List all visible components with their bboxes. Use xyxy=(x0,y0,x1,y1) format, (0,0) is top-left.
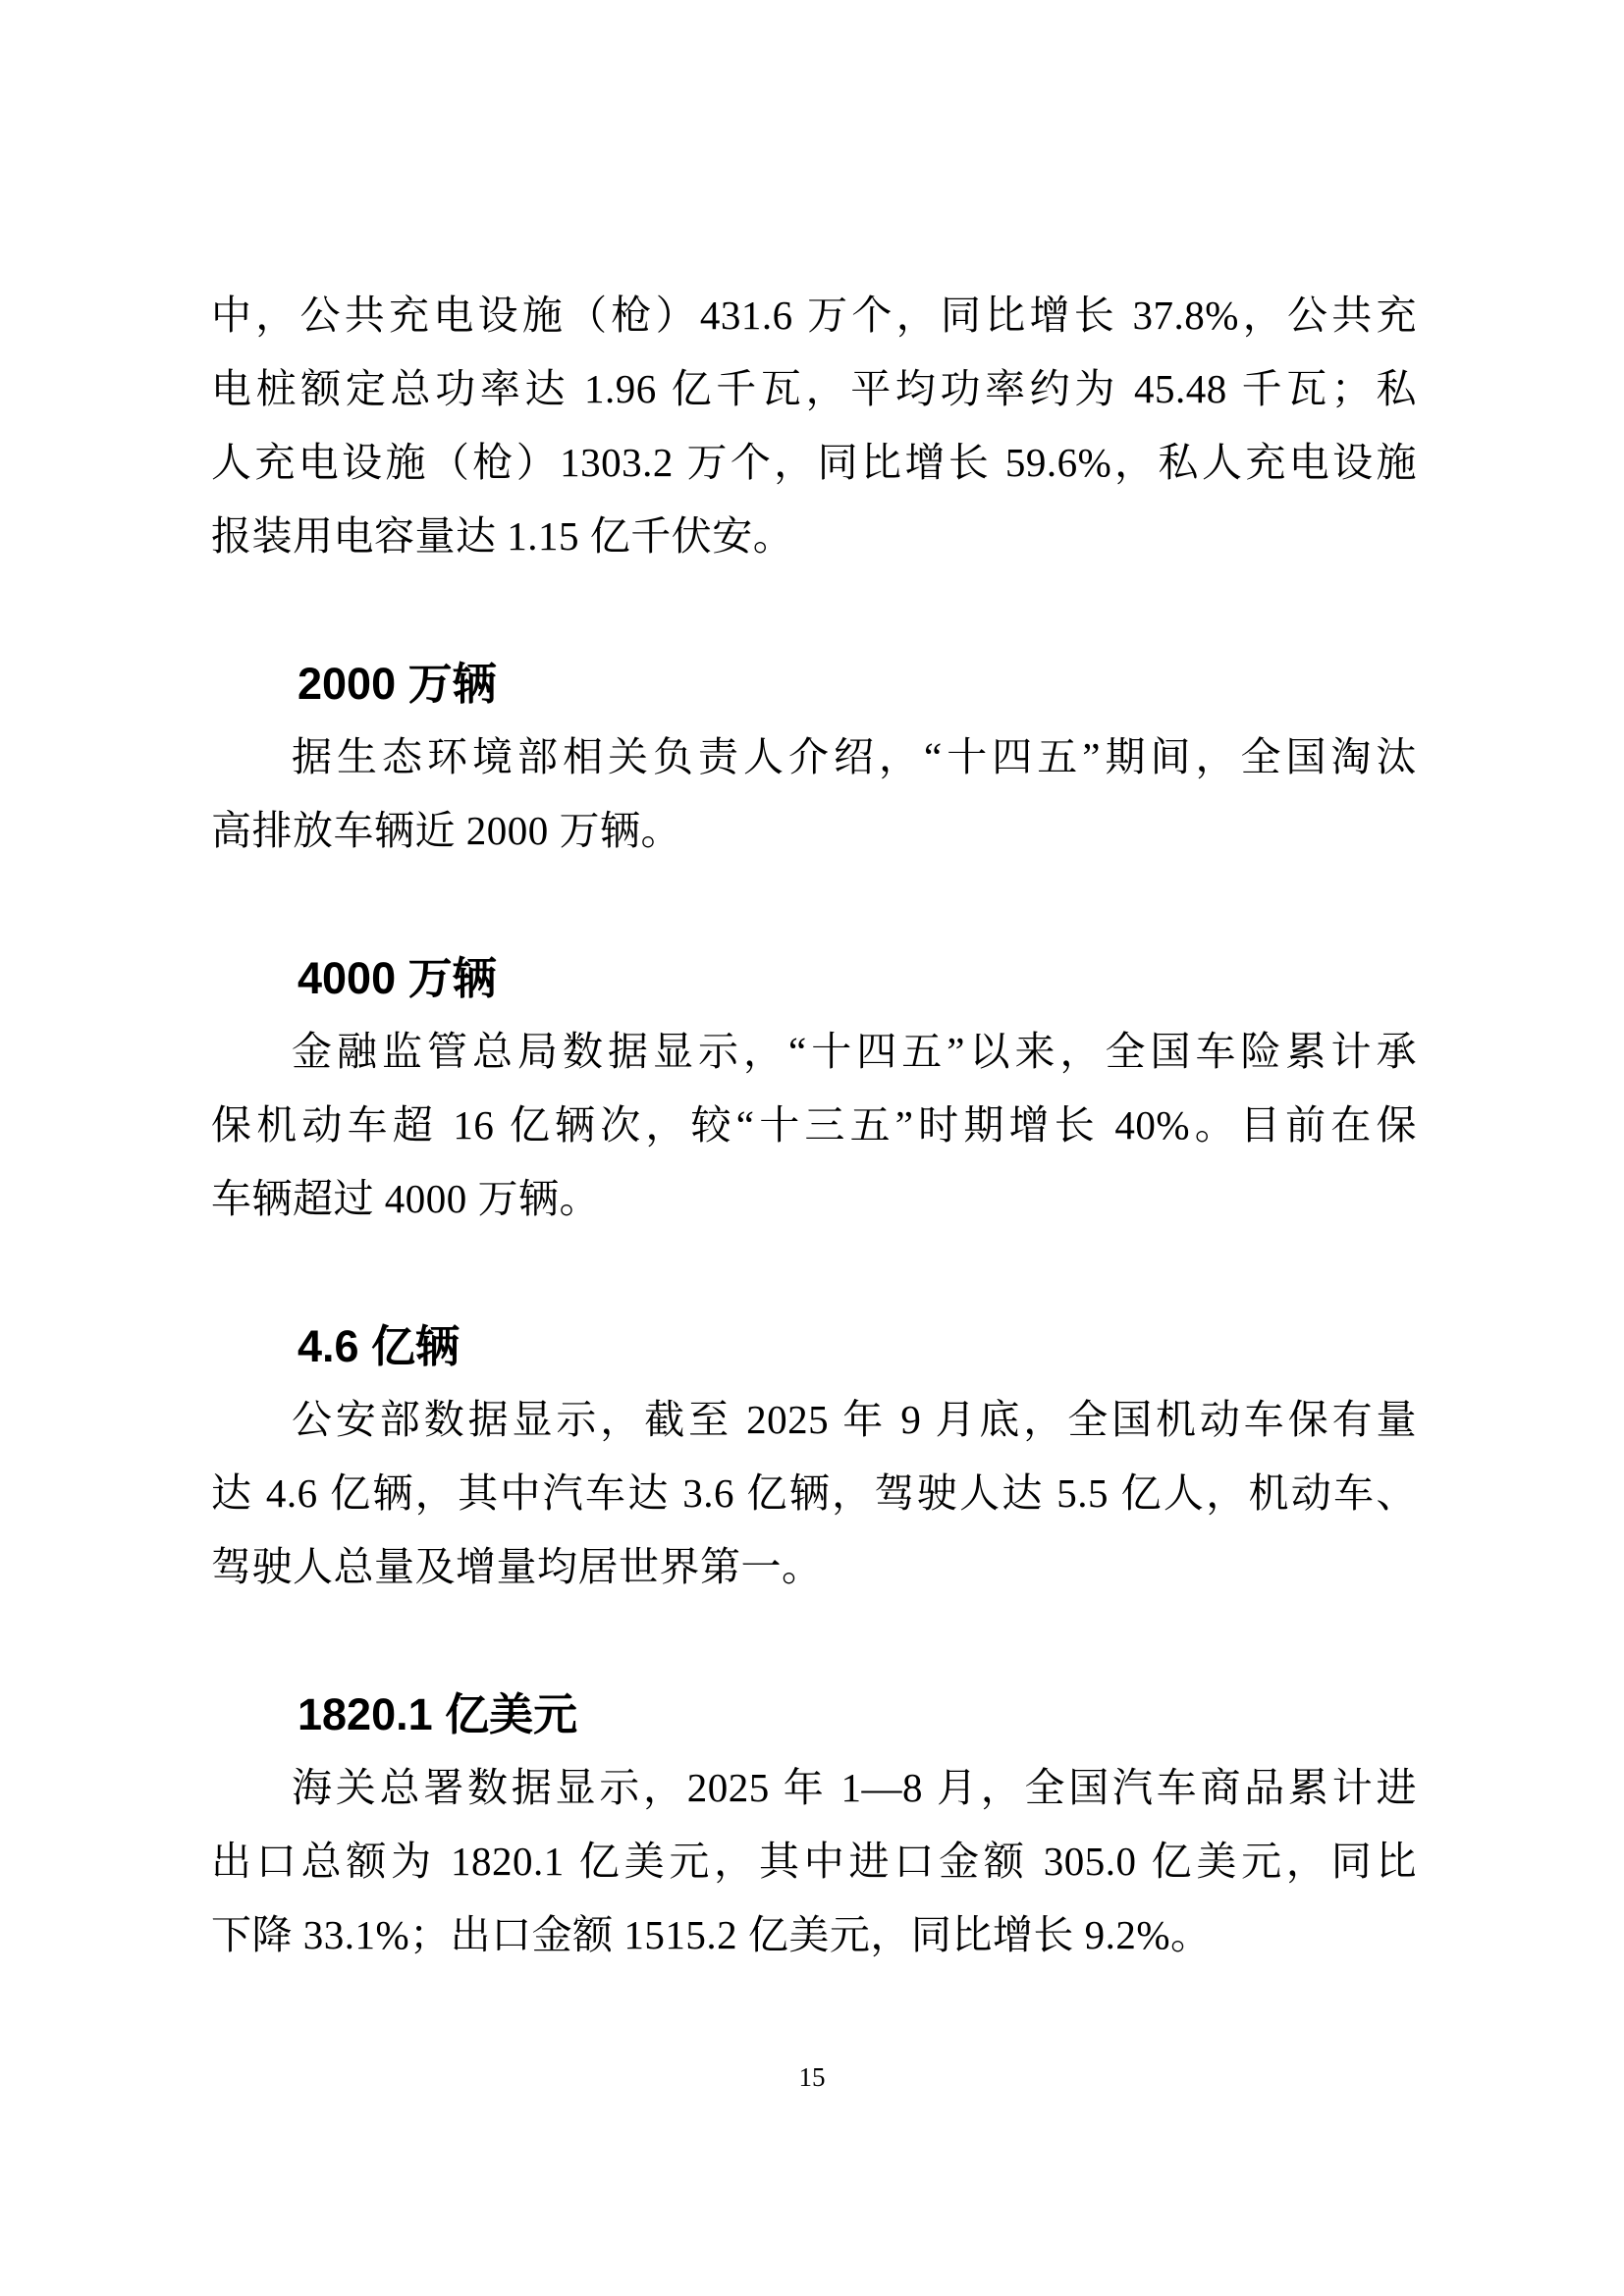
paragraph-line: 报装用电容量达 1.15 亿千伏安。 xyxy=(211,500,1417,573)
page-number: 15 xyxy=(0,2059,1624,2095)
paragraph-line: 据生态环境部相关负责人介绍，“十四五”期间，全国淘汰 xyxy=(211,721,1417,794)
paragraph-line: 中，公共充电设施（枪）431.6 万个，同比增长 37.8%，公共充 xyxy=(211,279,1417,352)
paragraph-line: 保机动车超 16 亿辆次，较“十三五”时期增长 40%。目前在保 xyxy=(211,1089,1417,1162)
stat-heading: 4.6 亿辆 xyxy=(211,1309,1417,1383)
paragraph-line: 车辆超过 4000 万辆。 xyxy=(211,1162,1417,1236)
stat-heading: 1820.1 亿美元 xyxy=(211,1678,1417,1751)
paragraph: 中，公共充电设施（枪）431.6 万个，同比增长 37.8%，公共充电桩额定总功… xyxy=(211,279,1417,573)
paragraph-line: 公安部数据显示，截至 2025 年 9 月底，全国机动车保有量 xyxy=(211,1383,1417,1457)
paragraph-line: 出口总额为 1820.1 亿美元，其中进口金额 305.0 亿美元，同比 xyxy=(211,1825,1417,1898)
document-page: 中，公共充电设施（枪）431.6 万个，同比增长 37.8%，公共充电桩额定总功… xyxy=(0,0,1624,2296)
paragraph-line: 电桩额定总功率达 1.96 亿千瓦，平均功率约为 45.48 千瓦；私 xyxy=(211,352,1417,426)
paragraph-line: 下降 33.1%；出口金额 1515.2 亿美元，同比增长 9.2%。 xyxy=(211,1898,1417,1972)
paragraph-line: 金融监管总局数据显示，“十四五”以来，全国车险累计承 xyxy=(211,1015,1417,1089)
paragraph-line: 人充电设施（枪）1303.2 万个，同比增长 59.6%，私人充电设施 xyxy=(211,426,1417,500)
paragraph: 据生态环境部相关负责人介绍，“十四五”期间，全国淘汰高排放车辆近 2000 万辆… xyxy=(211,721,1417,868)
paragraph-line: 达 4.6 亿辆，其中汽车达 3.6 亿辆，驾驶人达 5.5 亿人，机动车、 xyxy=(211,1457,1417,1530)
paragraph: 金融监管总局数据显示，“十四五”以来，全国车险累计承保机动车超 16 亿辆次，较… xyxy=(211,1015,1417,1236)
paragraph: 海关总署数据显示，2025 年 1—8 月，全国汽车商品累计进出口总额为 182… xyxy=(211,1751,1417,1972)
paragraph-line: 驾驶人总量及增量均居世界第一。 xyxy=(211,1530,1417,1604)
document-content: 中，公共充电设施（枪）431.6 万个，同比增长 37.8%，公共充电桩额定总功… xyxy=(211,279,1417,1972)
stat-heading: 2000 万辆 xyxy=(211,647,1417,721)
paragraph-line: 海关总署数据显示，2025 年 1—8 月，全国汽车商品累计进 xyxy=(211,1751,1417,1825)
paragraph-line: 高排放车辆近 2000 万辆。 xyxy=(211,794,1417,868)
paragraph: 公安部数据显示，截至 2025 年 9 月底，全国机动车保有量达 4.6 亿辆，… xyxy=(211,1383,1417,1604)
stat-heading: 4000 万辆 xyxy=(211,941,1417,1015)
